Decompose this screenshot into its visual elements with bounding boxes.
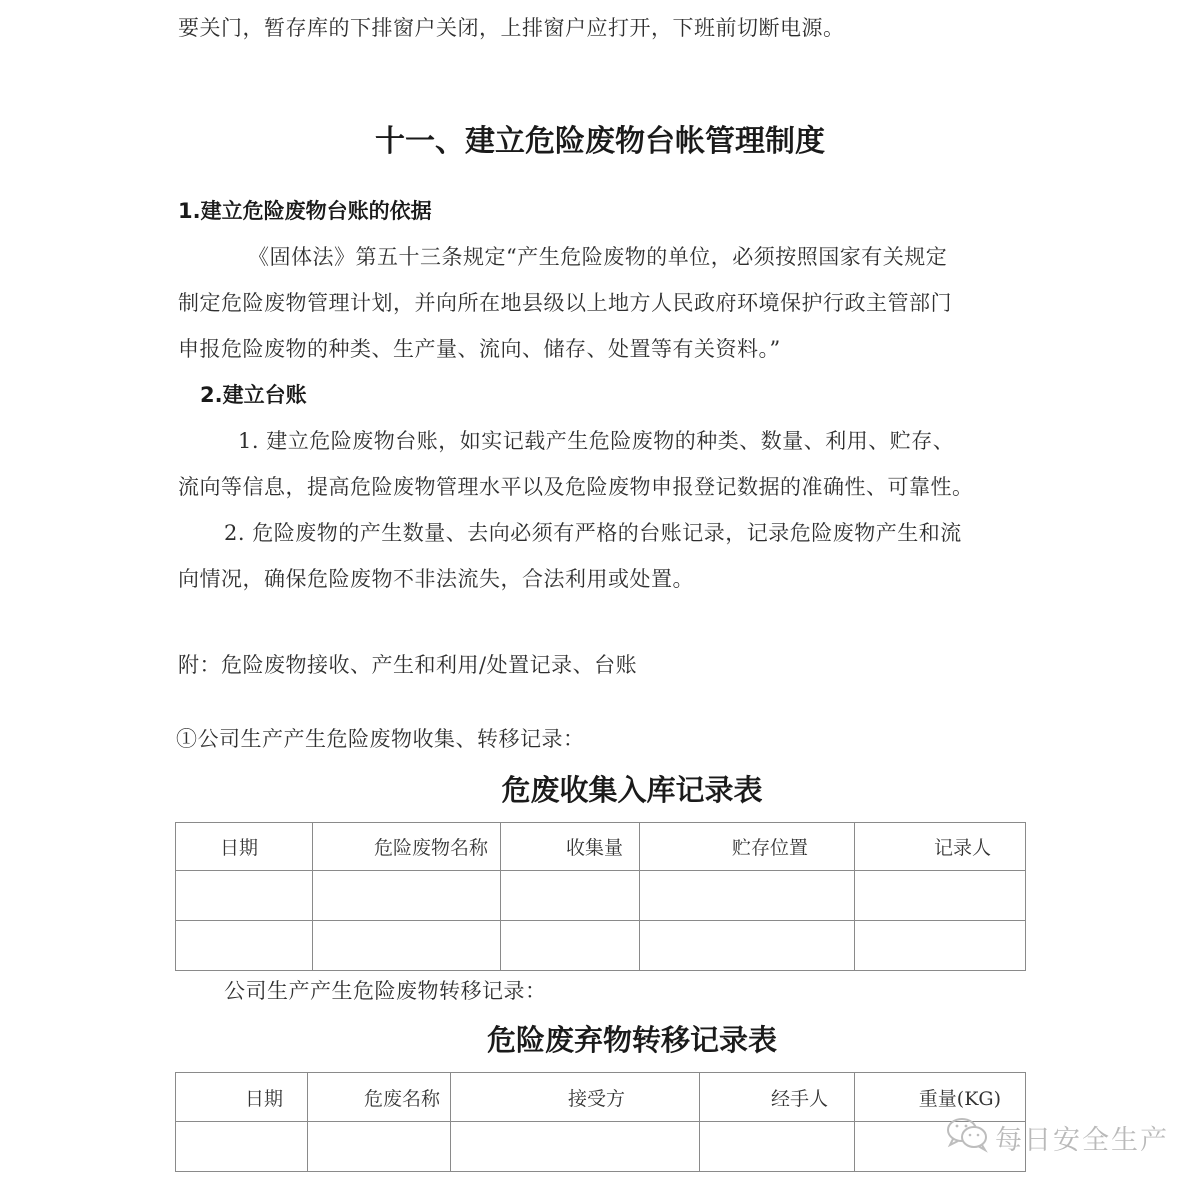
watermark: 每日安全生产 bbox=[945, 1117, 1169, 1157]
subsection-2-line-4: 向情况，确保危险废物不非法流失，合法利用或处置。 bbox=[178, 564, 694, 594]
table-cell[interactable] bbox=[501, 871, 640, 921]
header-waste-name: 危废名称 bbox=[308, 1073, 451, 1122]
table-cell[interactable] bbox=[451, 1122, 700, 1172]
watermark-text: 每日安全生产 bbox=[995, 1118, 1169, 1157]
table-cell[interactable] bbox=[640, 921, 855, 971]
subsection-1-line-3: 申报危险废物的种类、生产量、流向、储存、处置等有关资料。” bbox=[178, 334, 781, 364]
table-row bbox=[176, 921, 1026, 971]
transfer-record-table: 日期 危废名称 接受方 经手人 重量(KG) bbox=[175, 1072, 1026, 1172]
table-1-title: 危废收集入库记录表 bbox=[32, 770, 1200, 810]
subsection-1-line-2: 制定危险废物管理计划，并向所在地县级以上地方人民政府环境保护行政主管部门 bbox=[178, 288, 952, 318]
table-cell[interactable] bbox=[700, 1122, 855, 1172]
subsection-1-line-1: 《固体法》第五十三条规定“产生危险废物的单位，必须按照国家有关规定 bbox=[248, 242, 947, 272]
subsection-2-line-1: 1. 建立危险废物台账，如实记载产生危险废物的种类、数量、利用、贮存、 bbox=[238, 426, 954, 456]
paragraph-top-line: 要关门，暂存库的下排窗户关闭，上排窗户应打开，下班前切断电源。 bbox=[178, 13, 845, 43]
header-recorder: 记录人 bbox=[855, 823, 1026, 871]
subsection-2-heading: 2.建立台账 bbox=[200, 380, 307, 410]
appendix-line: 附：危险废物接收、产生和利用/处置记录、台账 bbox=[178, 650, 637, 680]
table-cell[interactable] bbox=[640, 871, 855, 921]
subsection-2-line-2: 流向等信息，提高危险废物管理水平以及危险废物申报登记数据的准确性、可靠性。 bbox=[178, 472, 974, 502]
table-row bbox=[176, 1122, 1026, 1172]
table-header-row: 日期 危废名称 接受方 经手人 重量(KG) bbox=[176, 1073, 1026, 1122]
header-date: 日期 bbox=[176, 823, 313, 871]
header-handler: 经手人 bbox=[700, 1073, 855, 1122]
record-intro-line: ①公司生产产生危险废物收集、转移记录： bbox=[176, 724, 585, 754]
table-header-row: 日期 危险废物名称 收集量 贮存位置 记录人 bbox=[176, 823, 1026, 871]
header-date: 日期 bbox=[176, 1073, 308, 1122]
table-2-title: 危险废弃物转移记录表 bbox=[32, 1020, 1200, 1060]
collection-record-table: 日期 危险废物名称 收集量 贮存位置 记录人 bbox=[175, 822, 1026, 971]
table-cell[interactable] bbox=[176, 1122, 308, 1172]
table-cell[interactable] bbox=[313, 871, 501, 921]
header-storage-location: 贮存位置 bbox=[640, 823, 855, 871]
table-cell[interactable] bbox=[308, 1122, 451, 1172]
section-title: 十一、建立危险废物台帐管理制度 bbox=[0, 122, 1200, 162]
header-waste-name: 危险废物名称 bbox=[313, 823, 501, 871]
subsection-1-heading: 1.建立危险废物台账的依据 bbox=[178, 196, 432, 226]
table-cell[interactable] bbox=[501, 921, 640, 971]
header-weight: 重量(KG) bbox=[855, 1073, 1026, 1122]
table-cell[interactable] bbox=[855, 921, 1026, 971]
wechat-icon bbox=[945, 1115, 995, 1160]
subsection-2-line-3: 2. 危险废物的产生数量、去向必须有严格的台账记录，记录危险废物产生和流 bbox=[224, 518, 962, 548]
table-cell[interactable] bbox=[176, 871, 313, 921]
transfer-intro-line: 公司生产产生危险废物转移记录： bbox=[224, 976, 547, 1006]
table-cell[interactable] bbox=[855, 871, 1026, 921]
table-row bbox=[176, 871, 1026, 921]
table-cell[interactable] bbox=[313, 921, 501, 971]
header-receiver: 接受方 bbox=[451, 1073, 700, 1122]
table-cell[interactable] bbox=[176, 921, 313, 971]
header-quantity: 收集量 bbox=[501, 823, 640, 871]
